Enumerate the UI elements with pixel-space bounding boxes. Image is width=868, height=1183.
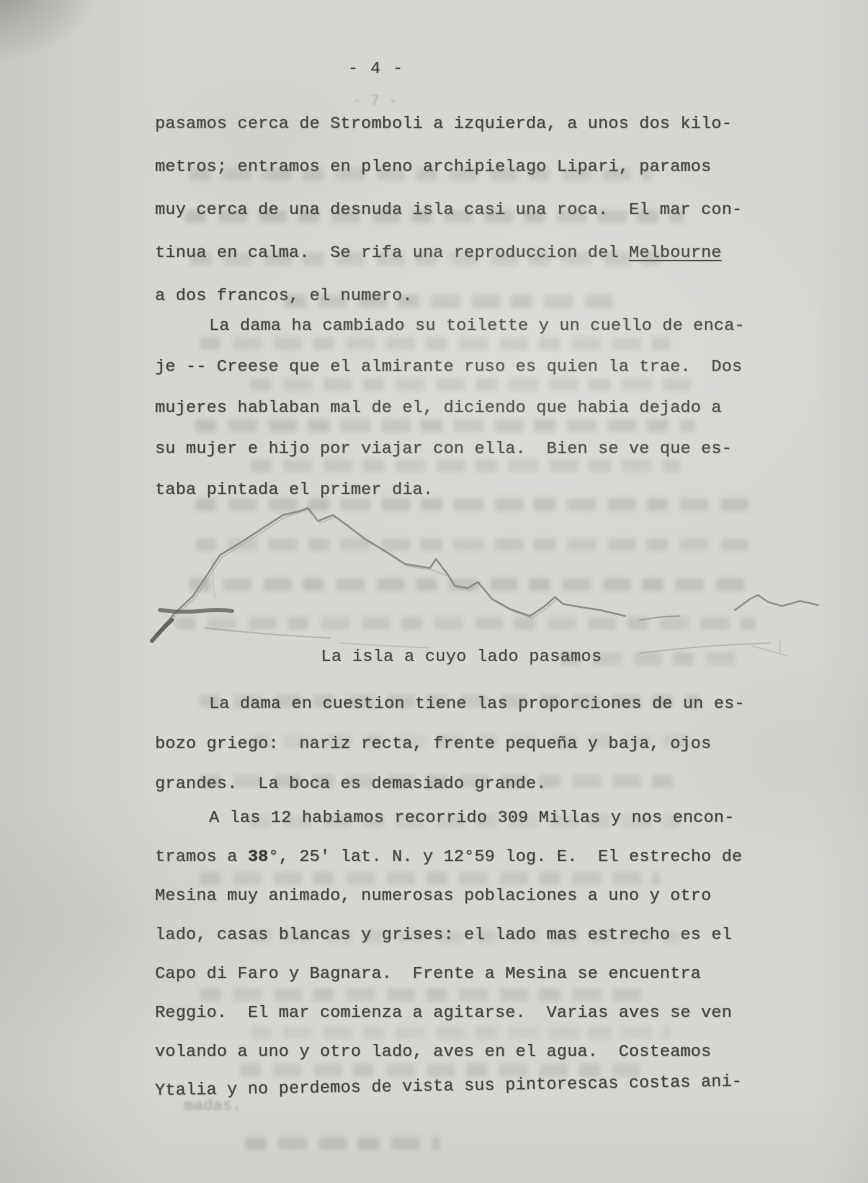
typed-line: muy cerca de una desnuda isla casi una r… — [155, 189, 765, 232]
typed-line: A las 12 habiamos recorrido 309 Millas y… — [155, 799, 765, 838]
sketch-caption: La isla a cuyo lado pasamos — [321, 648, 602, 667]
scanned-document-page: - 4 - - 7 - pasamos cerca de Stromboli a… — [0, 0, 868, 1183]
typed-line: tinua en calma. Se rifa una reproduccion… — [155, 232, 765, 275]
typed-line: La dama en cuestion tiene las proporcion… — [155, 685, 765, 725]
page-number: - 4 - — [336, 60, 416, 79]
typed-line: lado, casas blancas y grises: el lado ma… — [155, 916, 765, 955]
typed-line: Ytalia y no perdemos de vista sus pintor… — [155, 1062, 766, 1111]
island-pencil-sketch — [140, 493, 830, 671]
typed-line: taba pintada el primer dia. — [155, 470, 765, 511]
paragraph-2: La dama ha cambiado su toilette y un cue… — [155, 306, 765, 511]
typed-line: bozo griego: nariz recta, frente pequeña… — [155, 725, 765, 765]
typed-line: su mujer e hijo por viajar con ella. Bie… — [155, 429, 765, 470]
bleedthrough-smudge — [245, 1137, 440, 1150]
typed-line: metros; entramos en pleno archipielago L… — [155, 146, 765, 189]
typed-line: La dama ha cambiado su toilette y un cue… — [155, 306, 765, 347]
typed-line: Mesina muy animado, numerosas poblacione… — [155, 877, 765, 916]
typed-line: pasamos cerca de Stromboli a izquierda, … — [155, 103, 765, 146]
typed-line: Capo di Faro y Bagnara. Frente a Mesina … — [155, 955, 765, 994]
paragraph-3: La dama en cuestion tiene las proporcion… — [155, 685, 765, 805]
typed-line: je -- Creese que el almirante ruso es qu… — [155, 347, 765, 388]
paragraph-4: A las 12 habiamos recorrido 309 Millas y… — [155, 799, 765, 1111]
typed-line: tramos a 38°, 25' lat. N. y 12°59 log. E… — [155, 838, 765, 877]
paragraph-1: pasamos cerca de Stromboli a izquierda, … — [155, 103, 765, 318]
typed-line: mujeres hablaban mal de el, diciendo que… — [155, 388, 765, 429]
typed-line: Reggio. El mar comienza a agitarse. Vari… — [155, 994, 765, 1033]
